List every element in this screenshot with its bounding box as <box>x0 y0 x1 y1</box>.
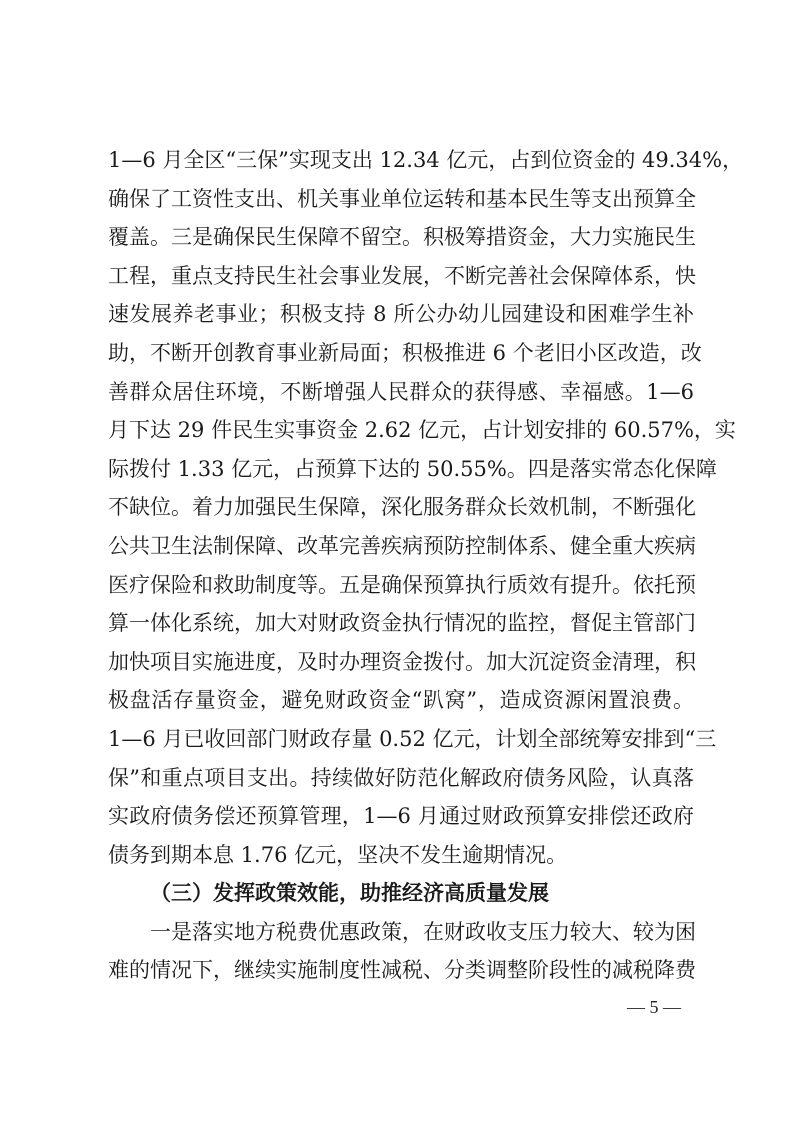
paragraph-line: 1—6 月已收回部门财政存量 0.52 亿元，计划全部统筹安排到“三 <box>108 720 694 759</box>
paragraph-line: 速发展养老事业；积极支持 8 所公办幼儿园建设和困难学生补 <box>108 295 694 334</box>
paragraph-last-line: 债务到期本息 1.76 亿元，坚决不发生逾期情况。 <box>108 836 694 875</box>
page-number: — 5 — <box>618 994 690 1020</box>
paragraph-line: 不缺位。着力加强民生保障，深化服务群众长效机制，不断强化 <box>108 488 694 527</box>
paragraph-line: 确保了工资性支出、机关事业单位运转和基本民生等支出预算全 <box>108 180 694 219</box>
paragraph-line: 际拨付 1.33 亿元，占预算下达的 50.55%。四是落实常态化保障 <box>108 450 694 489</box>
paragraph-line: 医疗保险和救助制度等。五是确保预算执行质效有提升。依托预 <box>108 566 694 605</box>
paragraph-line: 保”和重点项目支出。持续做好防范化解政府债务风险，认真落 <box>108 759 694 798</box>
paragraph-line: 公共卫生法制保障、改革完善疾病预防控制体系、健全重大疾病 <box>108 527 694 566</box>
paragraph-first-line: 一是落实地方税费优惠政策，在财政收支压力较大、较为困 <box>108 913 694 952</box>
paragraph-line: 工程，重点支持民生社会事业发展，不断完善社会保障体系，快 <box>108 257 694 296</box>
section-heading: （三）发挥政策效能，助推经济高质量发展 <box>108 874 694 913</box>
body-text: 1—6 月全区“三保”实现支出 12.34 亿元，占到位资金的 49.34%， … <box>108 141 694 990</box>
paragraph-line: 加快项目实施进度，及时办理资金拨付。加大沉淀资金清理，积 <box>108 643 694 682</box>
paragraph-line: 极盘活存量资金，避免财政资金“趴窝”，造成资源闲置浪费。 <box>108 681 694 720</box>
paragraph-line: 月下达 29 件民生实事资金 2.62 亿元，占计划安排的 60.57%，实 <box>108 411 694 450</box>
paragraph-line: 善群众居住环境，不断增强人民群众的获得感、幸福感。1—6 <box>108 373 694 412</box>
paragraph-line: 1—6 月全区“三保”实现支出 12.34 亿元，占到位资金的 49.34%， <box>108 141 694 180</box>
paragraph-line: 助，不断开创教育事业新局面；积极推进 6 个老旧小区改造，改 <box>108 334 694 373</box>
paragraph-line: 实政府债务偿还预算管理，1—6 月通过财政预算安排偿还政府 <box>108 797 694 836</box>
paragraph-line: 覆盖。三是确保民生保障不留空。积极筹措资金，大力实施民生 <box>108 218 694 257</box>
document-page: 1—6 月全区“三保”实现支出 12.34 亿元，占到位资金的 49.34%， … <box>0 0 793 1122</box>
paragraph-line: 难的情况下，继续实施制度性减税、分类调整阶段性的减税降费 <box>108 951 694 990</box>
paragraph-line: 算一体化系统，加大对财政资金执行情况的监控，督促主管部门 <box>108 604 694 643</box>
